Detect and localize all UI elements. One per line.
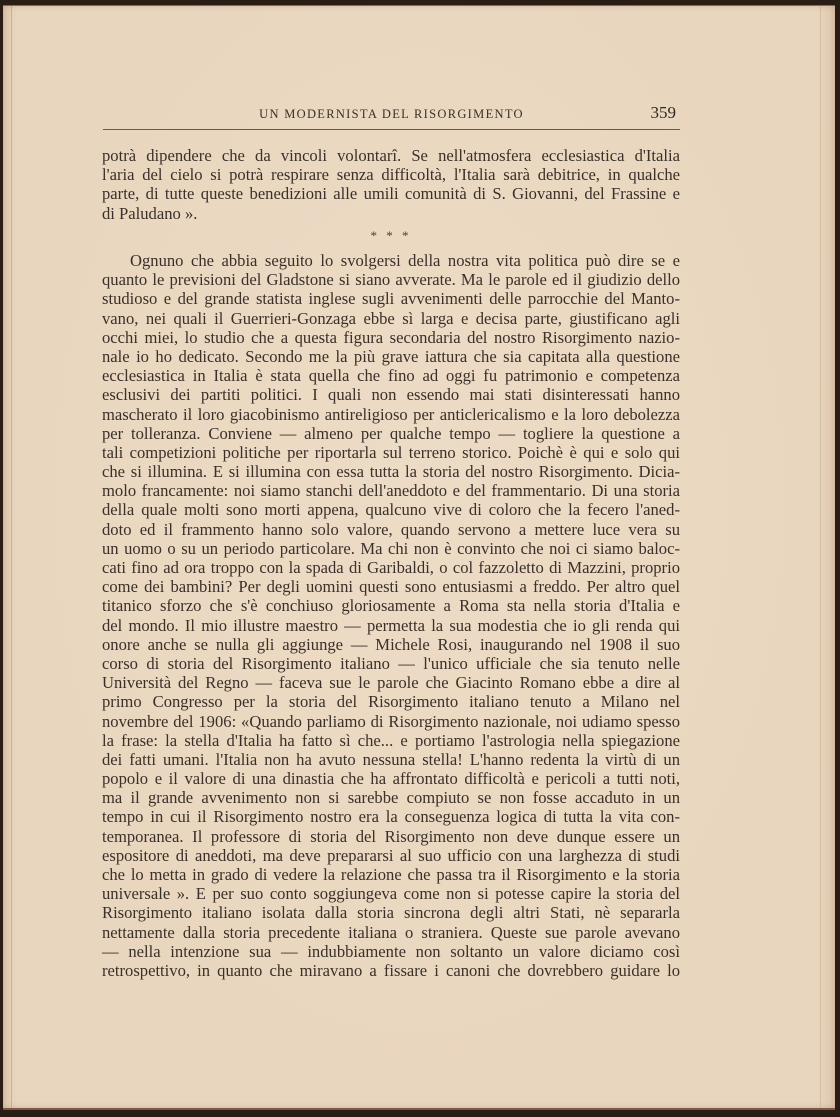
text-line: del mondo. Il mio illustre maestro — per… (102, 616, 680, 635)
text-line: che si illumina. E si illumina con essa … (102, 462, 680, 481)
text-line: popolo e il valore di una dinastia che h… (102, 769, 680, 788)
text-line: per tolleranza. Conviene — almeno per qu… (102, 424, 680, 443)
text-line: studioso e del grande statista inglese s… (102, 289, 680, 308)
text-line: Università del Regno — faceva sue le par… (102, 673, 680, 692)
text-line: Risorgimento italiano isolata dalla stor… (102, 903, 680, 922)
text-line: nettamente dalla storia precedente itali… (102, 923, 680, 942)
paragraph-main: Ognuno che abbia seguito lo svolgersi de… (102, 251, 680, 980)
text-line: espositore di aneddoti, ma deve preparar… (102, 846, 680, 865)
text-line: molo francamente: noi siamo stanchi dell… (102, 481, 680, 500)
text-line: dei fatti umani. l'Italia non ha avuto n… (102, 750, 680, 769)
section-separator: * * * (102, 228, 680, 244)
text-line: universale ». E per suo conto soggiungev… (102, 884, 680, 903)
text-line: retrospettivo, in quanto che miravano a … (102, 961, 680, 980)
text-line: potrà dipendere che da vincoli volontarî… (102, 146, 680, 165)
text-line: novembre del 1906: «Quando parliamo di R… (102, 712, 680, 731)
page-number: 359 (651, 103, 677, 123)
text-line: corso di storia del Risorgimento italian… (102, 654, 680, 673)
text-line: — nella intenzione sua — indubbiamente n… (102, 942, 680, 961)
fore-edge (820, 6, 821, 1108)
text-line: titanico sforzo che s'è conchiuso glorio… (102, 596, 680, 615)
text-line: la frase: la stella d'Italia ha fatto sì… (102, 731, 680, 750)
header-rule (103, 129, 680, 130)
text-line: Ognuno che abbia seguito lo svolgersi de… (102, 251, 680, 270)
text-line: onore anche se nulla gli aggiunge — Mich… (102, 635, 680, 654)
text-line: l'aria del cielo si potrà respirare senz… (102, 165, 680, 184)
text-line: di Paludano ». (102, 204, 680, 223)
text-line: ecclesiastica in Italia è stata quella c… (102, 366, 680, 385)
text-line: cati fino ad ora troppo con la spada di … (102, 558, 680, 577)
text-line: vano, nei quali il Guerrieri-Gonzaga ebb… (102, 309, 680, 328)
text-line: ma il grande avvenimento non si sarebbe … (102, 788, 680, 807)
text-line: esclusivi dei partiti politici. I quali … (102, 385, 680, 404)
text-line: come dei bambini? Per degli uomini quest… (102, 577, 680, 596)
text-line: doto ed il frammento hanno solo valore, … (102, 520, 680, 539)
text-line: parte, di tutte queste benedizioni alle … (102, 184, 680, 203)
text-line: occhi miei, lo studio che a questa figur… (102, 328, 680, 347)
text-line: tali competizioni politiche per riportar… (102, 443, 680, 462)
text-line: che lo metta in grado di vedere la relaz… (102, 865, 680, 884)
text-line: tempo in cui il Risorgimento nostro era … (102, 807, 680, 826)
text-line: mascherato il loro giacobinismo antireli… (102, 405, 680, 424)
text-line: nale io ho dedicato. Secondo me la più g… (102, 347, 680, 366)
spine-edge (11, 6, 12, 1108)
text-line: un uomo o su un periodo particolare. Ma … (102, 539, 680, 558)
running-head: UN MODERNISTA DEL RISORGIMENTO 359 (103, 105, 680, 129)
running-head-title: UN MODERNISTA DEL RISORGIMENTO (103, 107, 680, 122)
paragraph-continuation: potrà dipendere che da vincoli volontarî… (102, 146, 680, 223)
text-line: quanto le previsioni del Gladstone si si… (102, 270, 680, 289)
text-line: primo Congresso per la storia del Risorg… (102, 692, 680, 711)
text-line: della quale molti sono morti appena, qua… (102, 500, 680, 519)
text-line: temporanea. Il professore di storia del … (102, 827, 680, 846)
